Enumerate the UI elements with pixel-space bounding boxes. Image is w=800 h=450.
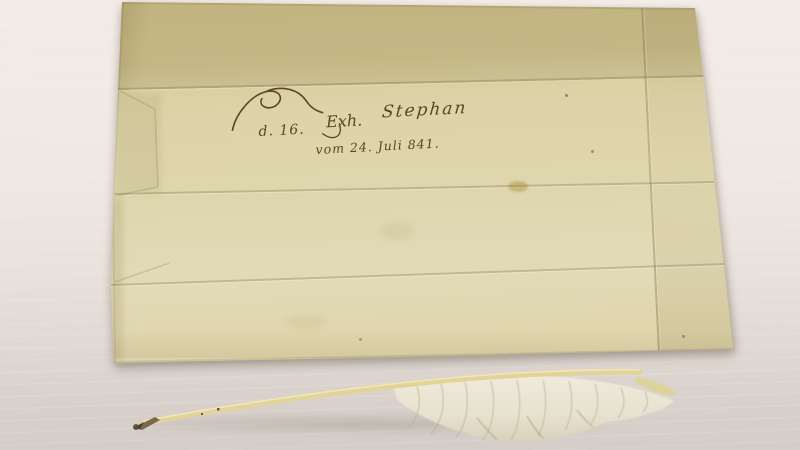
fold-line-lower <box>111 263 726 286</box>
parchment-top-edge <box>122 2 695 10</box>
docket-line1-prefix: d. 16. <box>258 122 305 140</box>
shaft-speck-2 <box>201 413 203 415</box>
stain-faint-blotch-2 <box>285 315 327 329</box>
parchment-right-edge <box>699 10 717 185</box>
handwritten-docket: d. 16. Exh. Stephan vom 24. Juli 841. <box>224 63 558 172</box>
docket-line2-date: vom 24. Juli 841. <box>315 136 440 157</box>
speck-1 <box>565 94 568 97</box>
stain-faint-blotch-1 <box>380 222 414 240</box>
tab-crease-2 <box>154 108 159 187</box>
speck-2 <box>591 150 594 153</box>
speck-3 <box>359 338 362 341</box>
shaft-speck-1 <box>217 408 220 411</box>
speck-4 <box>682 335 685 338</box>
tab-crease-4 <box>115 262 170 283</box>
parchment-left-edge <box>112 3 124 200</box>
tab-crease-1 <box>120 90 155 110</box>
docket-line1-abbrev: Exh. <box>325 111 363 132</box>
fold-line-middle <box>113 181 714 195</box>
quill-vane <box>393 375 676 440</box>
docket-line1-name: Stephan <box>381 98 468 122</box>
quill-ink-stain <box>133 424 139 430</box>
fold-line-right-vertical <box>641 4 660 352</box>
parchment-right-edge-lower <box>715 185 735 349</box>
goose-quill-pen <box>125 358 695 450</box>
photo-stage: d. 16. Exh. Stephan vom 24. Juli 841. <box>0 0 800 450</box>
